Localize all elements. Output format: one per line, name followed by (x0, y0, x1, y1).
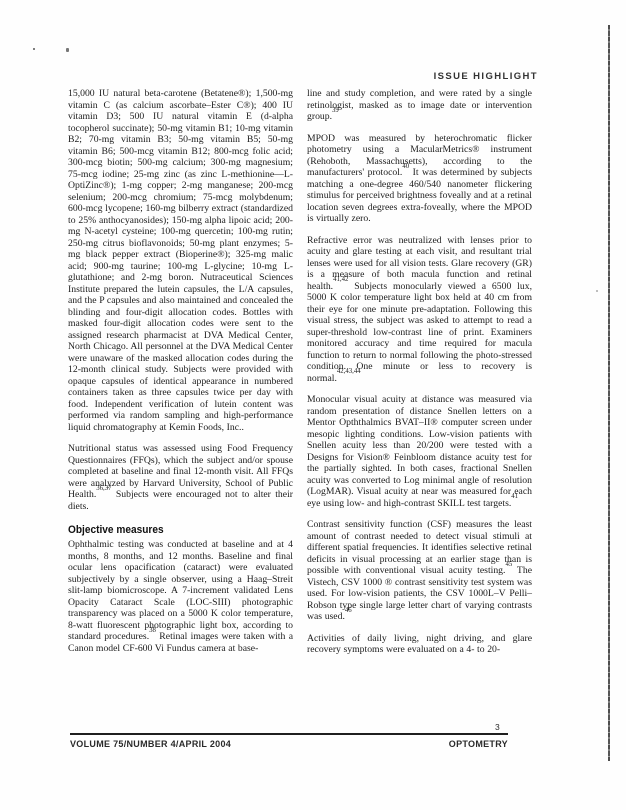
paragraph: Refractive error was neutralized with le… (307, 235, 532, 385)
paragraph: Ophthalmic testing was conducted at base… (68, 539, 293, 654)
paragraph: Activities of daily living, night drivin… (307, 633, 532, 656)
reference-superscript: 38 (149, 627, 156, 634)
reference-superscript: 46 (345, 607, 352, 614)
volume-info: VOLUME 75/NUMBER 4/APRIL 2004 (70, 739, 231, 749)
scan-speck (66, 48, 69, 52)
reference-superscript: 42,43,44 (337, 368, 361, 375)
scan-artifact-line (608, 25, 610, 761)
scan-speck (33, 48, 35, 50)
paragraph: Monocular visual acuity at distance was … (307, 394, 532, 509)
two-column-body: 15,000 IU natural beta-carotene (Betaten… (68, 88, 532, 666)
paragraph: MPOD was measured by heterochromatic fli… (307, 133, 532, 225)
running-header: ISSUE HIGHLIGHT (434, 71, 538, 82)
document-page: ISSUE HIGHLIGHT 15,000 IU natural beta-c… (0, 0, 626, 810)
footer: VOLUME 75/NUMBER 4/APRIL 2004 OPTOMETRY (70, 739, 508, 749)
reference-superscript: 40 (402, 163, 409, 170)
left-column: 15,000 IU natural beta-carotene (Betaten… (68, 88, 293, 666)
page-number: 3 (495, 722, 500, 732)
right-column: line and study completion, and were rate… (307, 88, 532, 666)
reference-superscript: 41 (511, 493, 518, 500)
paragraph: line and study completion, and were rate… (307, 88, 532, 123)
reference-superscript: 41,42 (333, 276, 348, 283)
reference-superscript: 36,37 (96, 485, 111, 492)
reference-superscript: 45 (505, 561, 512, 568)
section-heading: Objective measures (68, 524, 275, 536)
paragraph: Contrast sensitivity function (CSF) meas… (307, 519, 532, 623)
scan-speck (596, 290, 598, 292)
issue-highlight-label: ISSUE HIGHLIGHT (434, 71, 538, 82)
paragraph: 15,000 IU natural beta-carotene (Betaten… (68, 88, 293, 433)
footer-rule (70, 733, 508, 735)
reference-superscript: 39 (332, 107, 339, 114)
journal-name: OPTOMETRY (449, 739, 508, 749)
paragraph: Nutritional status was assessed using Fo… (68, 443, 293, 512)
